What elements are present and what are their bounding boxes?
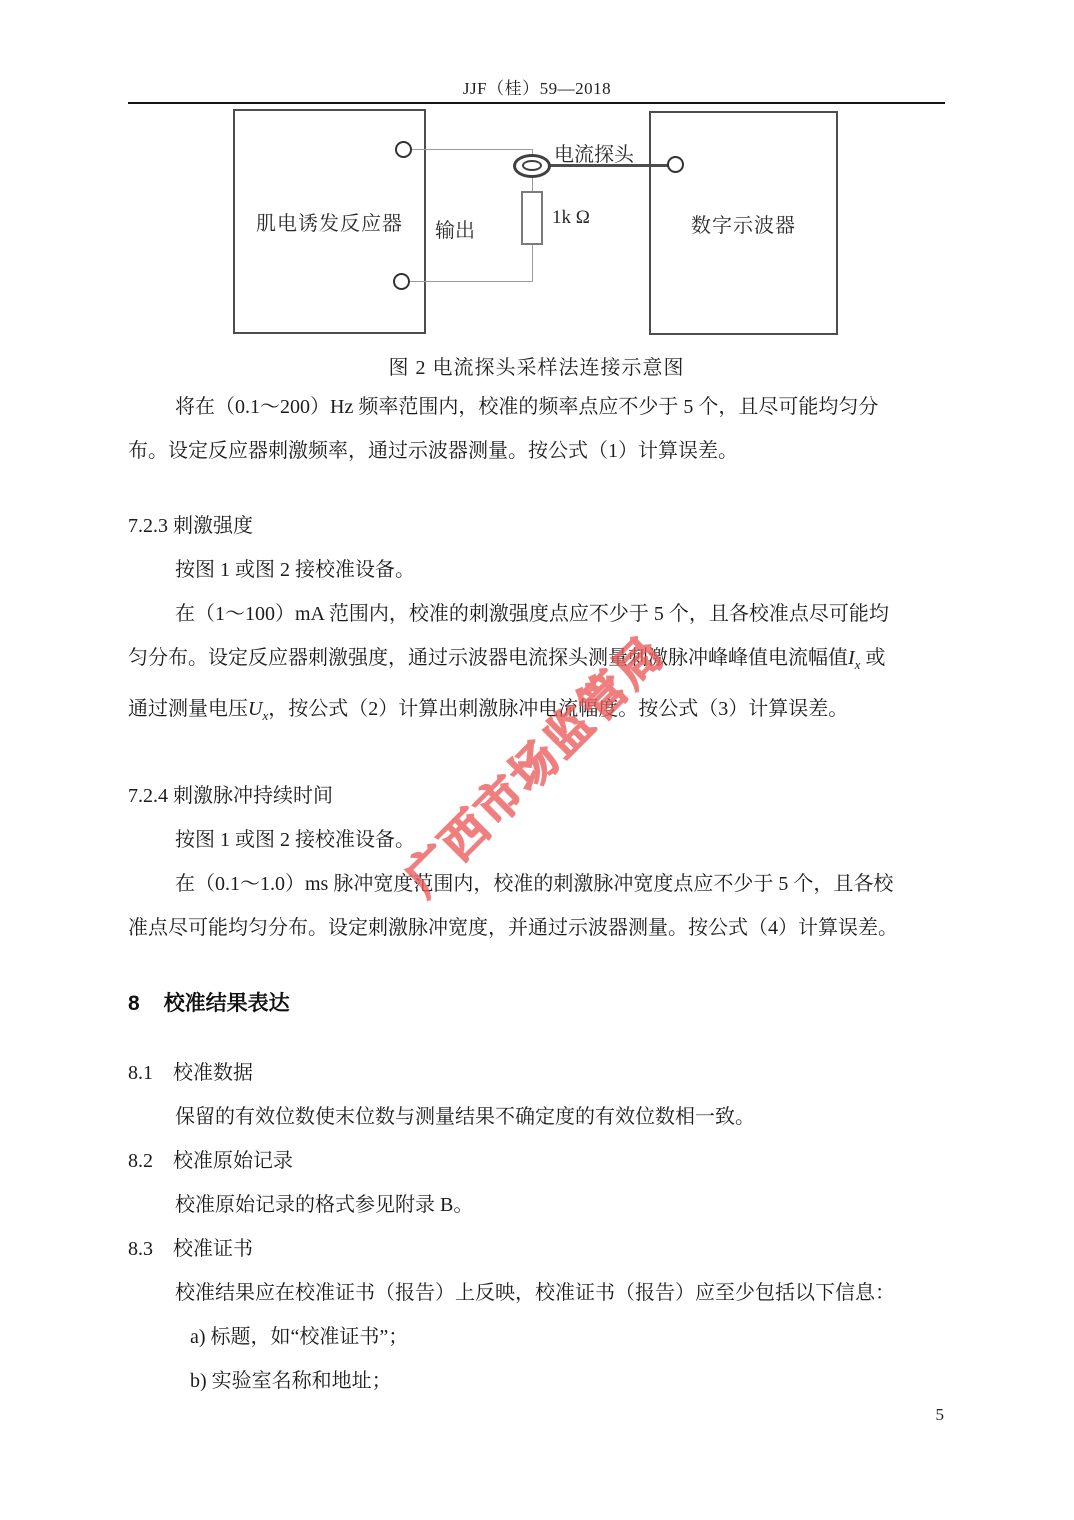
current-probe-label: 电流探头 [554,138,634,167]
wire-top-horizontal [412,149,533,150]
wire-resistor-to-bottom [532,244,533,282]
emg-evoked-response-device-label: 肌电诱发反应器 [256,207,403,236]
wire-probe-to-resistor [532,177,533,192]
resistor-symbol [521,191,543,245]
section-8-1-heading: 8.1 校准数据 [128,1051,945,1095]
text-run: 通过测量电压 [128,698,248,720]
section-7-2-3-paragraph2-line3: 通过测量电压Ux，按公式（2）计算出刺激脉冲电流幅度。按公式（3）计算误差。 [128,687,945,738]
section-7-2-3-paragraph2-line2: 匀分布。设定反应器刺激强度，通过示波器电流探头测量刺激脉冲峰峰值电流幅值Ix 或 [128,636,945,687]
document-page: JJF（桂）59—2018 肌电诱发反应器 数字示波器 输出 [0,0,1074,1520]
voltage-variable: Ux [248,698,268,720]
variable-symbol: I [848,647,855,669]
section-7-2-3: 7.2.3 刺激强度 按图 1 或图 2 接校准设备。 在（1～100）mA 范… [128,504,945,738]
section-8-heading: 8校准结果表达 [128,980,945,1028]
output-terminal-top-icon [395,141,412,158]
document-header-title: JJF（桂）59—2018 [0,0,1074,99]
section-8-number: 8 [128,992,140,1015]
digital-oscilloscope-box: 数字示波器 [649,111,838,335]
figure2-caption: 图 2 电流探头采样法连接示意图 [128,351,945,385]
current-amplitude-variable: Ix [848,647,860,669]
section-8-3-heading: 8.3 校准证书 [128,1227,945,1271]
section-7-2-4-paragraph1: 按图 1 或图 2 接校准设备。 [128,818,945,862]
list-item-b: b) 实验室名称和地址； [128,1359,945,1403]
paragraph-frequency-line1: 将在（0.1～200）Hz 频率范围内，校准的频率点应不少于 5 个，且尽可能均… [128,385,945,429]
text-run: 匀分布。设定反应器刺激强度，通过示波器电流探头测量刺激脉冲峰峰值电流幅值 [128,647,848,669]
list-item-a: a) 标题，如“校准证书”； [128,1315,945,1359]
current-probe-icon [513,154,551,178]
wire-bottom-horizontal [410,281,533,282]
digital-oscilloscope-label: 数字示波器 [691,209,796,238]
page-content: 肌电诱发反应器 数字示波器 输出 1k Ω 电流探头 图 2 电流探头采样法连接… [128,104,945,1403]
section-8-2-heading: 8.2 校准原始记录 [128,1139,945,1183]
figure2-diagram: 肌电诱发反应器 数字示波器 输出 1k Ω 电流探头 [128,104,945,351]
section-7-2-4-paragraph2-line2: 准点尽可能均匀分布。设定刺激脉冲宽度，并通过示波器测量。按公式（4）计算误差。 [128,906,945,950]
section-7-2-4: 7.2.4 刺激脉冲持续时间 按图 1 或图 2 接校准设备。 在（0.1～1.… [128,774,945,950]
text-run: 或 [860,647,885,669]
section-8-title: 校准结果表达 [164,992,290,1015]
current-probe-inner-ring-icon [522,160,542,171]
section-7-2-4-paragraph2-line1: 在（0.1～1.0）ms 脉冲宽度范围内，校准的刺激脉冲宽度点应不少于 5 个，… [128,862,945,906]
section-7-2-3-paragraph2-line1: 在（1～100）mA 范围内，校准的刺激强度点应不少于 5 个，且各校准点尽可能… [128,592,945,636]
oscilloscope-input-terminal-icon [667,156,684,173]
section-8-3-paragraph: 校准结果应在校准证书（报告）上反映，校准证书（报告）应至少包括以下信息： [128,1271,945,1315]
resistor-value-label: 1k Ω [552,207,590,229]
page-number: 5 [936,1405,945,1425]
section-7-2-3-paragraph1: 按图 1 或图 2 接校准设备。 [128,548,945,592]
output-terminal-bottom-icon [393,273,410,290]
section-7-2-4-heading: 7.2.4 刺激脉冲持续时间 [128,774,945,818]
section-8-2-paragraph: 校准原始记录的格式参见附录 B。 [128,1183,945,1227]
text-run: ，按公式（2）计算出刺激脉冲电流幅度。按公式（3）计算误差。 [268,698,848,720]
paragraph-frequency-line2: 布。设定反应器刺激频率，通过示波器测量。按公式（1）计算误差。 [128,429,945,473]
section-7-2-3-heading: 7.2.3 刺激强度 [128,504,945,548]
output-label: 输出 [435,214,475,243]
section-8-1-paragraph: 保留的有效位数使末位数与测量结果不确定度的有效位数相一致。 [128,1095,945,1139]
variable-symbol: U [248,698,262,720]
